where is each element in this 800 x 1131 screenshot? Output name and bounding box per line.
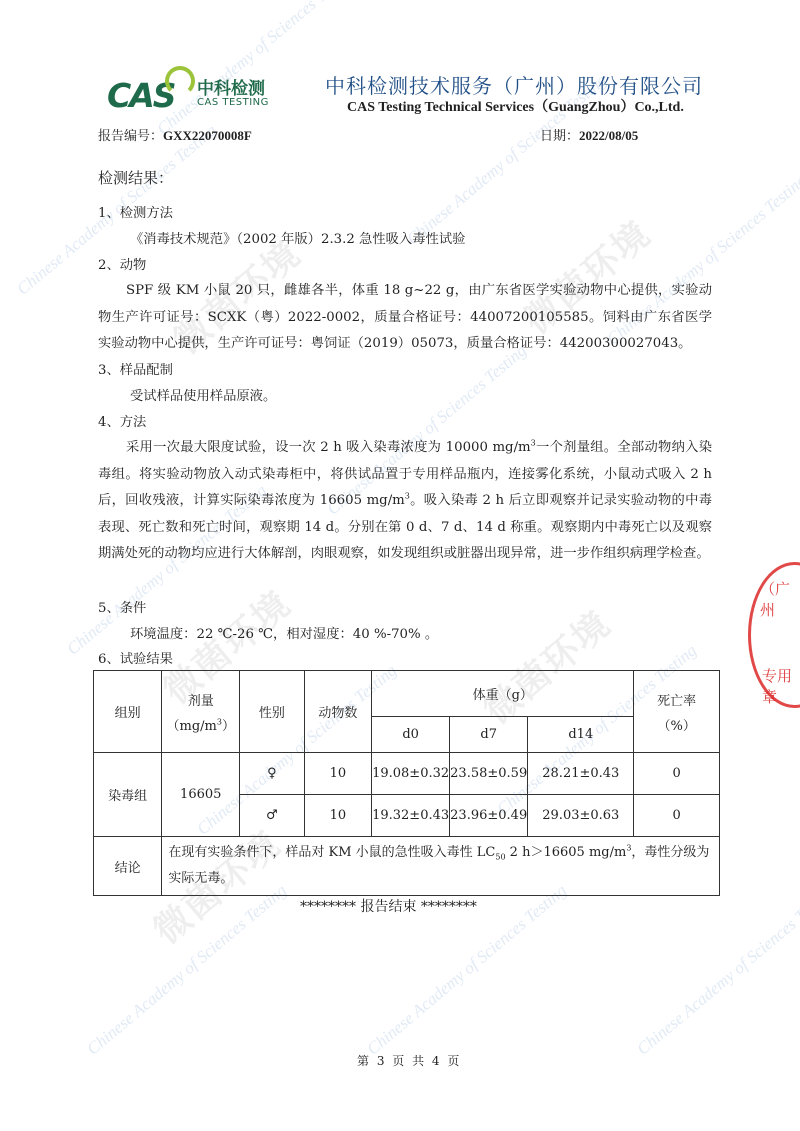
seal-text-top: （广州 — [760, 578, 800, 620]
header-sex: 性别 — [240, 671, 304, 753]
cell-count: 10 — [304, 753, 372, 795]
section-text: 采用一次最大限度试验，设一次 2 h 吸入染毒浓度为 10000 mg/m3一个… — [98, 435, 712, 568]
results-title: 检测结果： — [98, 171, 173, 185]
date-value: 2022/08/05 — [579, 128, 638, 143]
section-heading: 5、条件 — [98, 602, 146, 616]
company-logo: CAS 中科检测 CAS TESTING — [107, 66, 272, 112]
cell-mortality: 0 — [634, 753, 720, 795]
report-number: 报告编号：GXX22070008F — [98, 125, 252, 144]
logo-name-en: CAS TESTING — [197, 97, 269, 108]
section-text: 环境温度：22 ℃-26 ℃，相对湿度：40 %-70% 。 — [130, 628, 438, 642]
dose-unit-text: ） — [222, 719, 235, 734]
conclusion-text-b: 2 h＞16605 mg/m — [506, 845, 627, 860]
section-heading: 4、方法 — [98, 416, 146, 430]
header-d0: d0 — [372, 717, 450, 753]
mortality-label: 死亡率 — [634, 690, 719, 709]
section-text: SPF 级 KM 小鼠 20 只，雌雄各半，体重 18 g~22 g，由广东省医… — [98, 278, 712, 358]
section-heading: 1、检测方法 — [98, 207, 173, 221]
cell-sex-male: ♂ — [240, 795, 304, 837]
logo-name-cn: 中科检测 — [197, 74, 265, 99]
results-table: 组别 剂量 （mg/m3） 性别 动物数 体重（g） 死亡率 （%） d0 d7… — [93, 670, 720, 896]
header-dose: 剂量 （mg/m3） — [162, 671, 240, 753]
header-weight: 体重（g） — [372, 671, 634, 717]
magnifier-icon — [165, 66, 195, 96]
conclusion-text-a: 在现有实验条件下，样品对 KM 小鼠的急性吸入毒性 LC — [168, 845, 495, 860]
method-text-a: 采用一次最大限度试验，设一次 2 h 吸入染毒浓度为 10000 mg/m — [126, 440, 531, 455]
section-heading: 2、动物 — [98, 259, 146, 273]
section-heading: 3、样品配制 — [98, 364, 173, 378]
table-header-row: 组别 剂量 （mg/m3） 性别 动物数 体重（g） 死亡率 （%） — [94, 671, 720, 717]
company-name-en: CAS Testing Technical Services（GuangZhou… — [347, 96, 684, 116]
cell-d14: 29.03±0.63 — [528, 795, 634, 837]
report-number-label: 报告编号： — [98, 129, 163, 144]
header-mortality: 死亡率 （%） — [634, 671, 720, 753]
header-d14: d14 — [528, 717, 634, 753]
header-group: 组别 — [94, 671, 162, 753]
header-d7: d7 — [450, 717, 528, 753]
cell-sex-female: ♀ — [240, 753, 304, 795]
report-date: 日期：2022/08/05 — [540, 125, 638, 144]
report-number-value: GXX22070008F — [163, 128, 252, 143]
conclusion-label: 结论 — [94, 837, 162, 896]
page-number: 第 3 页 共 4 页 — [357, 1054, 461, 1068]
cell-d0: 19.08±0.32 — [372, 753, 450, 795]
section-heading: 6、试验结果 — [98, 653, 173, 667]
conclusion-row: 结论 在现有实验条件下，样品对 KM 小鼠的急性吸入毒性 LC50 2 h＞16… — [94, 837, 720, 896]
subscript: 50 — [495, 853, 505, 862]
watermark-text: Chinese Academy of Sciences Testing — [83, 881, 290, 1060]
watermark-text: Chinese Academy of Sciences Testing — [633, 881, 800, 1060]
dose-unit-text: （mg/m — [167, 719, 217, 734]
table-row: 染毒组 16605 ♀ 10 19.08±0.32 23.58±0.59 28.… — [94, 753, 720, 795]
company-name-cn: 中科检测技术服务（广州）股份有限公司 — [325, 70, 703, 99]
date-label: 日期： — [540, 129, 579, 144]
cell-d0: 19.32±0.43 — [372, 795, 450, 837]
cell-dose: 16605 — [162, 753, 240, 837]
cell-count: 10 — [304, 795, 372, 837]
cell-d14: 28.21±0.43 — [528, 753, 634, 795]
cell-group: 染毒组 — [94, 753, 162, 837]
mortality-unit: （%） — [634, 715, 719, 734]
dose-label: 剂量 — [162, 690, 239, 709]
conclusion-text: 在现有实验条件下，样品对 KM 小鼠的急性吸入毒性 LC50 2 h＞16605… — [162, 837, 720, 896]
header-count: 动物数 — [304, 671, 372, 753]
section-text: 受试样品使用样品原液。 — [130, 390, 276, 404]
end-of-report: ******** 报告结束 ******** — [300, 900, 477, 914]
cell-d7: 23.96±0.49 — [450, 795, 528, 837]
seal-text-bottom: 专用章 — [762, 665, 800, 707]
cell-mortality: 0 — [634, 795, 720, 837]
dose-unit: （mg/m3） — [162, 715, 239, 734]
cell-d7: 23.58±0.59 — [450, 753, 528, 795]
section-text: 《消毒技术规范》（2002 年版）2.3.2 急性吸入毒性试验 — [130, 233, 465, 247]
